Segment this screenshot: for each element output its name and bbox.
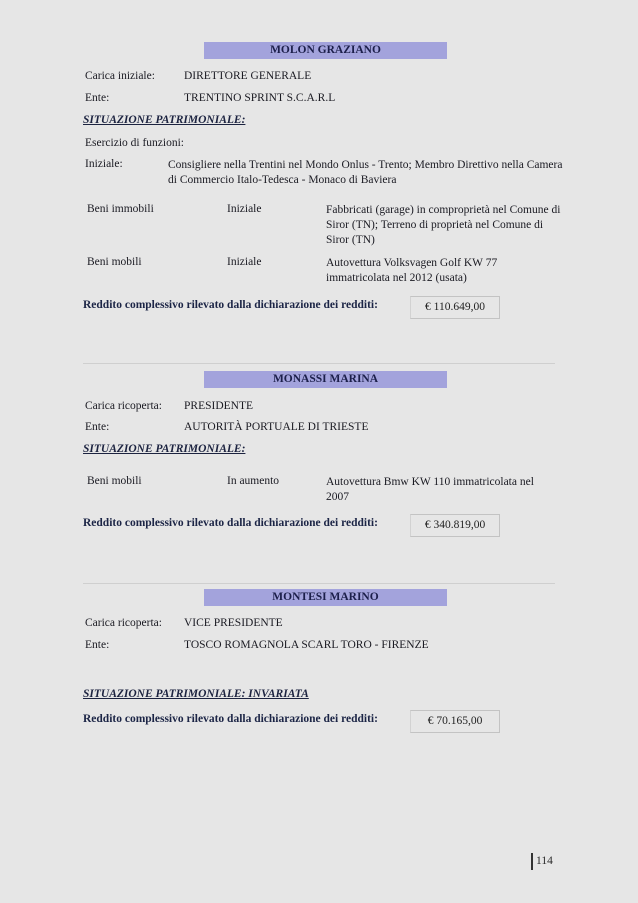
income-label: Reddito complessivo rilevato dalla dichi… xyxy=(83,713,378,725)
asset-type: Beni immobili xyxy=(87,203,154,215)
asset-type: Beni mobili xyxy=(87,475,142,487)
role-label: Carica ricoperta: xyxy=(85,617,162,629)
page-number-rule xyxy=(531,853,533,870)
page-number: 114 xyxy=(536,855,553,867)
asset-type: Beni mobili xyxy=(87,256,142,268)
entity-label: Ente: xyxy=(85,92,109,104)
asset-description: Autovettura Bmw KW 110 immatricolata nel… xyxy=(326,475,552,505)
income-value: € 110.649,00 xyxy=(410,296,500,319)
entity-label: Ente: xyxy=(85,639,109,651)
role-value: VICE PRESIDENTE xyxy=(184,617,283,629)
entity-value: TRENTINO SPRINT S.C.A.R.L xyxy=(184,92,335,104)
income-label: Reddito complessivo rilevato dalla dichi… xyxy=(83,299,378,311)
role-label: Carica ricoperta: xyxy=(85,400,162,412)
income-value: € 70.165,00 xyxy=(410,710,500,733)
situation-heading: SITUAZIONE PATRIMONIALE: INVARIATA xyxy=(83,688,309,700)
role-value: DIRETTORE GENERALE xyxy=(184,70,311,82)
functions-label: Iniziale: xyxy=(85,158,123,170)
asset-description: Fabbricati (garage) in comproprietà nel … xyxy=(326,203,562,248)
person-name-header: MOLON GRAZIANO xyxy=(204,42,447,59)
role-value: PRESIDENTE xyxy=(184,400,253,412)
income-value: € 340.819,00 xyxy=(410,514,500,537)
asset-description: Autovettura Volksvagen Golf KW 77 immatr… xyxy=(326,256,536,286)
functions-heading: Esercizio di funzioni: xyxy=(85,137,184,149)
income-label: Reddito complessivo rilevato dalla dichi… xyxy=(83,517,378,529)
situation-heading: SITUAZIONE PATRIMONIALE: xyxy=(83,114,245,126)
functions-value: Consigliere nella Trentini nel Mondo Onl… xyxy=(168,158,568,188)
asset-status: Iniziale xyxy=(227,256,261,268)
section-separator xyxy=(83,363,555,364)
entity-label: Ente: xyxy=(85,421,109,433)
asset-status: In aumento xyxy=(227,475,279,487)
entity-value: AUTORITÀ PORTUALE DI TRIESTE xyxy=(184,421,368,433)
asset-status: Iniziale xyxy=(227,203,261,215)
person-name-header: MONTESI MARINO xyxy=(204,589,447,606)
entity-value: TOSCO ROMAGNOLA SCARL TORO - FIRENZE xyxy=(184,639,429,651)
section-separator xyxy=(83,583,555,584)
person-name-header: MONASSI MARINA xyxy=(204,371,447,388)
situation-heading: SITUAZIONE PATRIMONIALE: xyxy=(83,443,245,455)
role-label: Carica iniziale: xyxy=(85,70,155,82)
